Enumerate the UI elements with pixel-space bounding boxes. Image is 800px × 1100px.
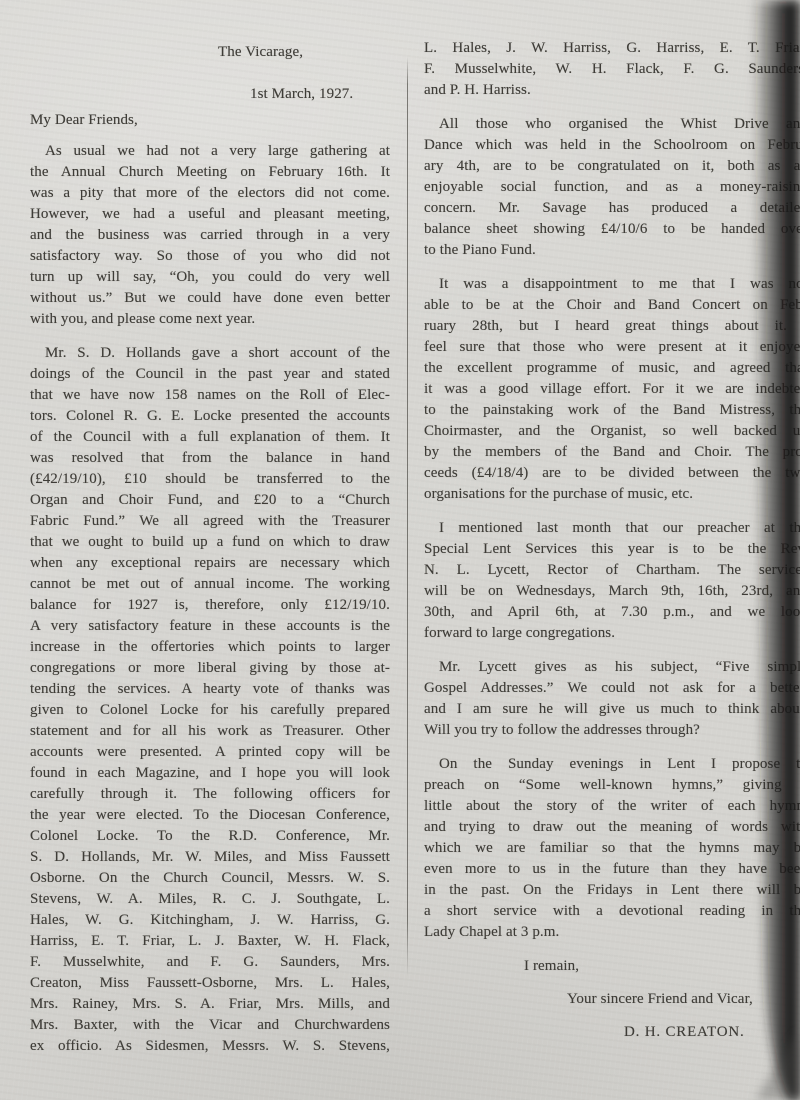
text-line: the year were elected. To the Diocesan C… [30, 805, 390, 826]
letter-address: The Vicarage, [218, 42, 390, 63]
closing-remain: I remain, [524, 956, 800, 977]
text-line: Organ and Choir Fund, and £20 to a “Chur… [30, 490, 390, 511]
text-line: Osborne. On the Church Council, Messrs. … [30, 868, 390, 889]
text-line: to the painstaking work of the Band Mist… [424, 400, 800, 421]
text-line: and P. H. Harriss. [424, 80, 800, 101]
paragraph: On the Sunday evenings in Lent I propose… [424, 754, 800, 943]
paragraph: All those who organised the Whist Drive … [424, 114, 800, 261]
scanned-letter-page: The Vicarage, 1st March, 1927. My Dear F… [0, 0, 800, 1100]
text-line: carefully through it. The following offi… [30, 784, 390, 805]
paragraph: I mentioned last month that our preacher… [424, 518, 800, 644]
text-line: (£42/19/10), £10 should be transferred t… [30, 469, 390, 490]
text-line: feel sure that those who were present at… [424, 337, 800, 358]
text-line: I mentioned last month that our preacher… [424, 518, 800, 539]
text-line: Will you try to follow the addresses thr… [424, 720, 800, 741]
text-line: ary 4th, are to be congratulated on it, … [424, 156, 800, 177]
text-line: N. L. Lycett, Rector of Chartham. The se… [424, 560, 800, 581]
text-line: F. Musselwhite, and F. G. Saunders, Mrs. [30, 952, 390, 973]
left-column-paragraphs: As usual we had not a very large gatheri… [30, 141, 390, 1057]
text-line: Mrs. Rainey, Mrs. S. A. Friar, Mrs. Mill… [30, 994, 390, 1015]
text-line: Special Lent Services this year is to be… [424, 539, 800, 560]
column-divider-rule [407, 57, 408, 976]
text-line: enjoyable social function, and as a mone… [424, 177, 800, 198]
letter-column-right: L. Hales, J. W. Harriss, G. Harriss, E. … [424, 38, 800, 1043]
text-line: Stevens, W. A. Miles, R. C. J. Southgate… [30, 889, 390, 910]
text-line: forward to large congregations. [424, 623, 800, 644]
text-line: cannot be met out of annual income. The … [30, 574, 390, 595]
text-line: by the members of the Band and Choir. Th… [424, 442, 800, 463]
text-line: balance for 1927 is, therefore, only £12… [30, 595, 390, 616]
text-line: preach on “Some well-known hymns,” givin… [424, 775, 800, 796]
text-line: and the business was carried through in … [30, 225, 390, 246]
text-line: It was a disappointment to me that I was… [424, 274, 800, 295]
text-line: statement and for all his work as Treasu… [30, 721, 390, 742]
text-line: 30th, and April 6th, at 7.30 p.m., and w… [424, 602, 800, 623]
right-column-paragraphs: L. Hales, J. W. Harriss, G. Harriss, E. … [424, 38, 800, 943]
text-line: congregations or more liberal giving by … [30, 658, 390, 679]
text-line: turn up will say, “Oh, you could do very… [30, 267, 390, 288]
text-line: given to Colonel Locke for his carefully… [30, 700, 390, 721]
paragraph: As usual we had not a very large gatheri… [30, 141, 390, 330]
text-line: However, we had a useful and pleasant me… [30, 204, 390, 225]
text-line: with you, and please come next year. [30, 309, 390, 330]
text-line: without us.” But we could have done even… [30, 288, 390, 309]
text-line: the excellent programme of music, and ag… [424, 358, 800, 379]
text-line: was resolved that from the balance in ha… [30, 448, 390, 469]
text-line: Mr. Lycett gives as his subject, “Five s… [424, 657, 800, 678]
text-line: little about the story of the writer of … [424, 796, 800, 817]
letter-column-left: The Vicarage, 1st March, 1927. My Dear F… [30, 38, 390, 1057]
text-line: tors. Colonel R. G. E. Locke presented t… [30, 406, 390, 427]
text-line: Mr. S. D. Hollands gave a short account … [30, 343, 390, 364]
text-line: Fabric Fund.” We all agreed with the Tre… [30, 511, 390, 532]
text-line: accounts were presented. A printed copy … [30, 742, 390, 763]
paragraph: L. Hales, J. W. Harriss, G. Harriss, E. … [424, 38, 800, 101]
text-line: found in each Magazine, and I hope you w… [30, 763, 390, 784]
text-line: ruary 28th, but I heard great things abo… [424, 316, 800, 337]
signature: D. H. CREATON. [624, 1022, 800, 1043]
text-line: to the Piano Fund. [424, 240, 800, 261]
text-line: ceeds (£4/18/4) are to be divided betwee… [424, 463, 800, 484]
letter-date: 1st March, 1927. [250, 84, 390, 105]
text-line: balance sheet showing £4/10/6 to be hand… [424, 219, 800, 240]
text-line: S. D. Hollands, Mr. W. Miles, and Miss F… [30, 847, 390, 868]
paragraph: Mr. S. D. Hollands gave a short account … [30, 343, 390, 1057]
text-line: and I am sure he will give us much to th… [424, 699, 800, 720]
text-line: a short service with a devotional readin… [424, 901, 800, 922]
text-line: was a pity that more of the electors did… [30, 183, 390, 204]
text-line: Lady Chapel at 3 p.m. [424, 922, 800, 943]
text-line: will be on Wednesdays, March 9th, 16th, … [424, 581, 800, 602]
text-line: in the past. On the Fridays in Lent ther… [424, 880, 800, 901]
text-line: when any exceptional repairs are necessa… [30, 553, 390, 574]
text-line: doings of the Council in the past year a… [30, 364, 390, 385]
text-line: satisfactory way. So those of you who di… [30, 246, 390, 267]
text-line: F. Musselwhite, W. H. Flack, F. G. Saund… [424, 59, 800, 80]
text-line: Colonel Locke. To the R.D. Conference, M… [30, 826, 390, 847]
text-line: Choirmaster, and the Organist, so well b… [424, 421, 800, 442]
closing-valediction: Your sincere Friend and Vicar, [567, 989, 800, 1010]
text-line: that we ought to build up a fund on whic… [30, 532, 390, 553]
text-line: of the Council with a full explanation o… [30, 427, 390, 448]
text-line: tending the services. A hearty vote of t… [30, 679, 390, 700]
text-line: Harriss, E. T. Friar, L. J. Baxter, W. H… [30, 931, 390, 952]
paragraph: It was a disappointment to me that I was… [424, 274, 800, 505]
text-line: concern. Mr. Savage has produced a detai… [424, 198, 800, 219]
text-line: the Annual Church Meeting on February 16… [30, 162, 390, 183]
text-line: L. Hales, J. W. Harriss, G. Harriss, E. … [424, 38, 800, 59]
text-line: A very satisfactory feature in these acc… [30, 616, 390, 637]
paragraph: Mr. Lycett gives as his subject, “Five s… [424, 657, 800, 741]
text-line: Mrs. Baxter, with the Vicar and Churchwa… [30, 1015, 390, 1036]
text-line: All those who organised the Whist Drive … [424, 114, 800, 135]
text-line: organisations for the purchase of music,… [424, 484, 800, 505]
text-line: even more to us in the future than they … [424, 859, 800, 880]
text-line: able to be at the Choir and Band Concert… [424, 295, 800, 316]
text-line: increase in the offertories which points… [30, 637, 390, 658]
text-line: Dance which was held in the Schoolroom o… [424, 135, 800, 156]
text-line: Gospel Addresses.” We could not ask for … [424, 678, 800, 699]
text-line: As usual we had not a very large gatheri… [30, 141, 390, 162]
text-line: which we are familiar so that the hymns … [424, 838, 800, 859]
text-line: it was a good village effort. For it we … [424, 379, 800, 400]
text-line: Creaton, Miss Faussett-Osborne, Mrs. L. … [30, 973, 390, 994]
letter-salutation: My Dear Friends, [30, 110, 390, 131]
text-line: that we have now 158 names on the Roll o… [30, 385, 390, 406]
text-line: On the Sunday evenings in Lent I propose… [424, 754, 800, 775]
text-line: and trying to draw out the meaning of wo… [424, 817, 800, 838]
text-line: ex officio. As Sidesmen, Messrs. W. S. S… [30, 1036, 390, 1057]
text-line: Hales, W. G. Kitchingham, J. W. Harriss,… [30, 910, 390, 931]
